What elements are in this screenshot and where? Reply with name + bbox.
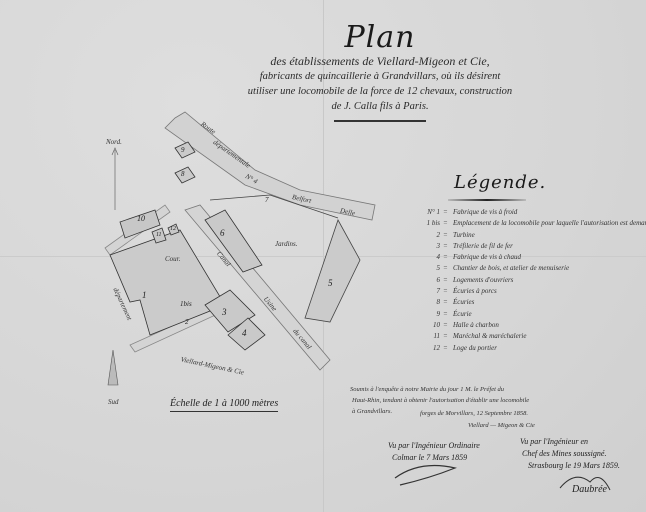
- certification-line-4: forges de Morvillars, 12 Septembre 1858.: [420, 409, 528, 419]
- certification-line-1: Soumis à l'enquête à notre Mairie du jou…: [350, 385, 504, 395]
- certification-line-2: Haut-Rhin, tendant à obtenir l'autorisat…: [352, 396, 529, 406]
- building-number-8: 8: [181, 170, 185, 178]
- compass-rose-icon: [108, 350, 118, 385]
- building-number-10: 10: [137, 214, 145, 223]
- building-number-3: 3: [222, 307, 227, 317]
- building-number-1: 1: [142, 290, 147, 300]
- signature-flourish-left: [395, 466, 455, 485]
- legend-title: Légende.: [454, 172, 646, 193]
- signature-right-line-2: Chef des Mines soussigné.: [522, 448, 606, 459]
- legend-item: 8=Écuries: [410, 297, 646, 308]
- building-number-11: 11: [156, 232, 162, 238]
- building-number-1bis: 1bis: [180, 300, 192, 308]
- building-number-4: 4: [242, 328, 247, 338]
- building-number-5: 5: [328, 278, 333, 288]
- legend-item: 7=Écuries à porcs: [410, 286, 646, 297]
- compass-south-label: Sud: [108, 398, 119, 406]
- legend-item: 4=Fabrique de vis à chaud: [410, 252, 646, 263]
- legend-item: 6=Logements d'ouvriers: [410, 275, 646, 286]
- scale-label: Échelle de 1 à 1000 mètres: [170, 398, 278, 412]
- legend-underline: [448, 199, 526, 201]
- legend-item: N° 1=Fabrique de vis à froid: [410, 207, 646, 218]
- building-number-2: 2: [185, 318, 189, 326]
- building-number-7: 7: [265, 196, 269, 204]
- legend-item: 3=Tréfilerie de fil de fer: [410, 241, 646, 252]
- signature-right-name: Daubrée: [572, 484, 607, 495]
- signature-left-line-1: Vu par l'Ingénieur Ordinaire: [388, 440, 480, 451]
- legend-item: 11=Maréchal & maréchalerie: [410, 331, 646, 342]
- legend-item: 1 bis=Emplacement de la locomobile pour …: [410, 218, 646, 229]
- legend: Légende. N° 1=Fabrique de vis à froid 1 …: [410, 172, 646, 354]
- signature-left-line-2: Colmar le 7 Mars 1859: [392, 452, 467, 463]
- certification-line-3: à Grandvillars.: [352, 407, 392, 417]
- label-jardins: Jardins.: [275, 240, 298, 248]
- legend-item: 12=Loge du portier: [410, 343, 646, 354]
- building-number-9: 9: [181, 146, 185, 154]
- building-number-12: 12: [170, 226, 176, 232]
- legend-item: 5=Chantier de bois, et atelier de menuis…: [410, 263, 646, 274]
- signature-right-line-1: Vu par l'Ingénieur en: [520, 436, 588, 447]
- label-cour: Cour.: [165, 255, 180, 263]
- certification-line-5: Viellard — Migeon & Cie: [468, 421, 535, 431]
- legend-item: 9=Écurie: [410, 309, 646, 320]
- legend-item: 10=Halle à charbon: [410, 320, 646, 331]
- compass-north-label: Nord.: [106, 138, 122, 146]
- legend-item: 2=Turbine: [410, 230, 646, 241]
- building-number-6: 6: [220, 228, 225, 238]
- signature-right-line-3: Strasbourg le 19 Mars 1859.: [528, 460, 620, 471]
